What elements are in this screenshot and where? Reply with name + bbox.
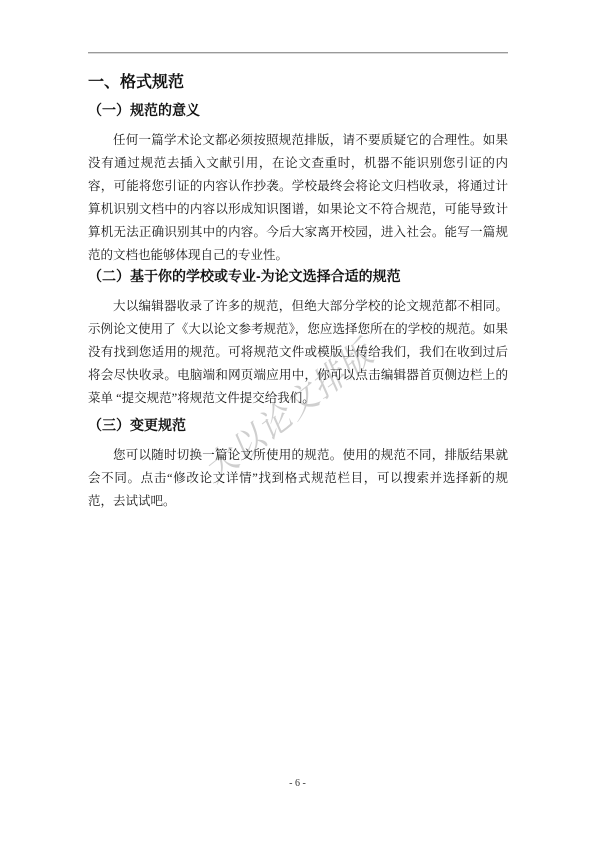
chapter-heading: 一、格式规范 bbox=[88, 73, 508, 93]
section-heading-change-standard: （三）变更规范 bbox=[88, 416, 508, 435]
section-heading-significance: （一）规范的意义 bbox=[88, 101, 508, 120]
section-paragraph-change-standard: 您可以随时切换一篇论文所使用的规范。使用的规范不同，排版结果就会不同。点击“修改… bbox=[88, 444, 508, 513]
section-paragraph-choose-standard: 大以编辑器收录了许多的规范，但绝大部分学校的论文规范都不相同。示例论文使用了《大… bbox=[88, 295, 508, 410]
document-page: 大以论文排版 一、格式规范 （一）规范的意义 任何一篇学术论文都必须按照规范排版… bbox=[0, 0, 595, 842]
section-change-standard: （三）变更规范 您可以随时切换一篇论文所使用的规范。使用的规范不同，排版结果就会… bbox=[88, 416, 508, 513]
section-significance: （一）规范的意义 任何一篇学术论文都必须按照规范排版，请不要质疑它的合理性。如果… bbox=[88, 101, 508, 267]
section-heading-choose-standard: （二）基于你的学校或专业-为论文选择合适的规范 bbox=[88, 267, 508, 286]
page-content: 一、格式规范 （一）规范的意义 任何一篇学术论文都必须按照规范排版，请不要质疑它… bbox=[88, 53, 508, 513]
section-paragraph-significance: 任何一篇学术论文都必须按照规范排版，请不要质疑它的合理性。如果没有通过规范去插入… bbox=[88, 129, 508, 267]
section-choose-standard: （二）基于你的学校或专业-为论文选择合适的规范 大以编辑器收录了许多的规范，但绝… bbox=[88, 267, 508, 410]
page-number: - 6 - bbox=[289, 778, 306, 789]
page-footer: - 6 - bbox=[0, 778, 595, 789]
